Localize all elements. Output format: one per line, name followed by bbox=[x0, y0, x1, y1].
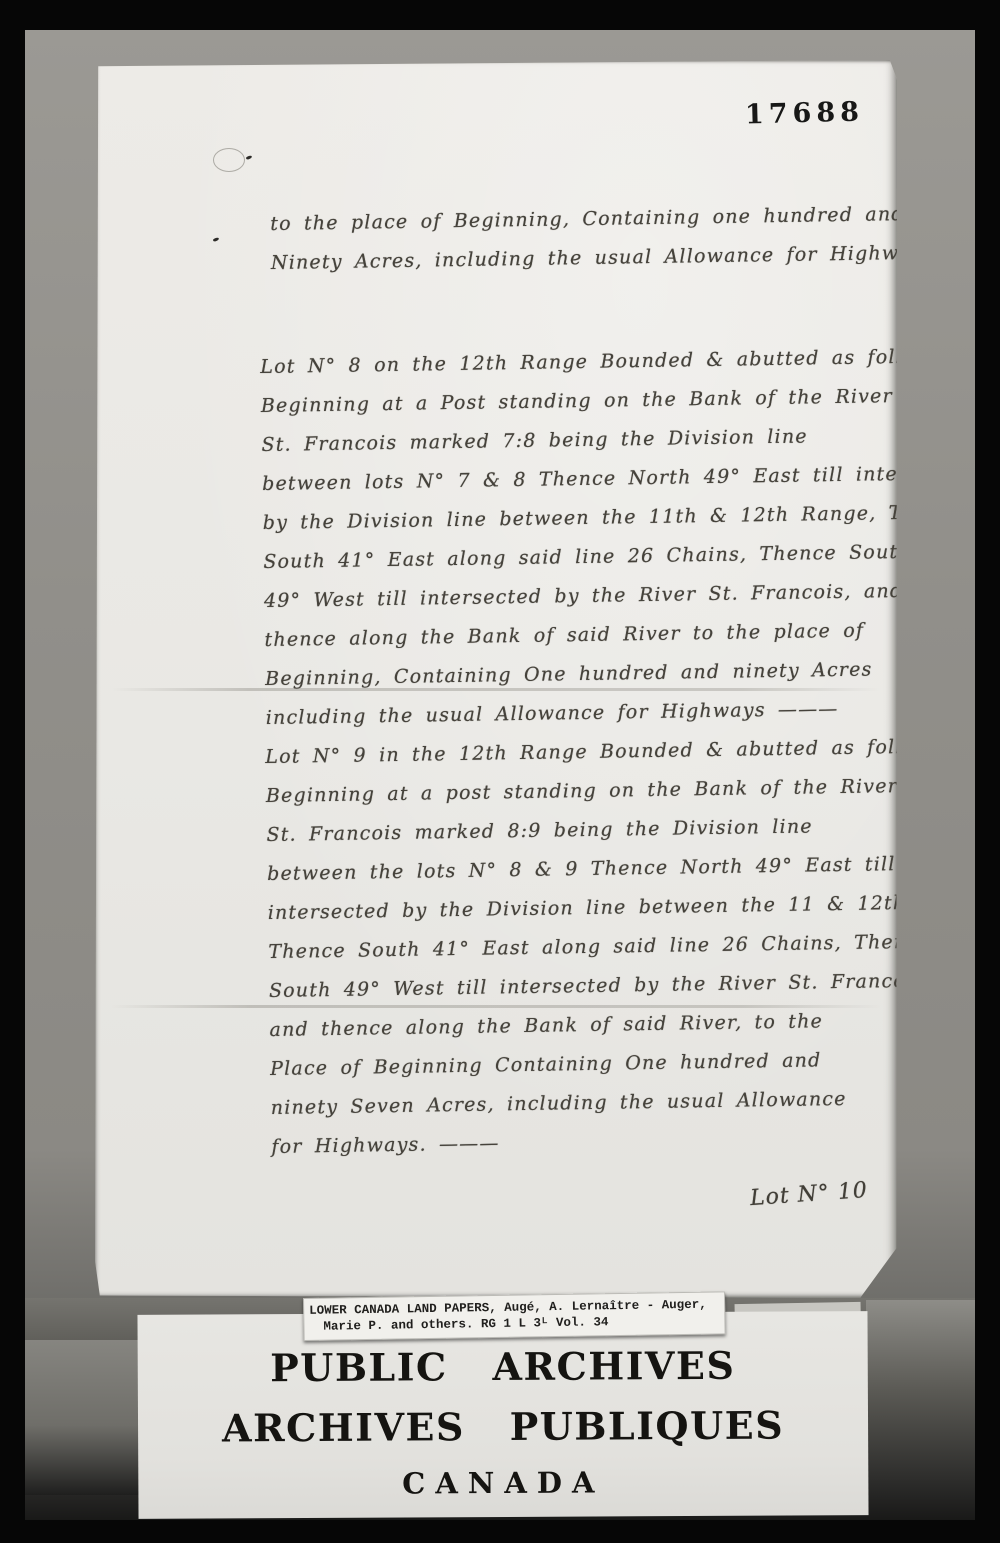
handwritten-paragraph-2: Lot N° 8 on the 12th Range Bounded & abu… bbox=[260, 337, 982, 738]
handwritten-paragraph-3: Lot N° 9 in the 12th Range Bounded & abu… bbox=[265, 727, 990, 1167]
document-page: 17688 to the place of Beginning, Contain… bbox=[95, 60, 897, 1298]
scanner-mat-patch-right bbox=[866, 1300, 975, 1500]
catalog-label: LOWER CANADA LAND PAPERS, Augé, A. Lerna… bbox=[303, 1291, 726, 1341]
pen-doodle-mark bbox=[213, 148, 245, 172]
handwritten-paragraph-1: to the place of Beginning, Containing on… bbox=[270, 195, 935, 283]
public-archives-card: PUBLIC ARCHIVES ARCHIVES PUBLIQUES CANAD… bbox=[137, 1311, 868, 1519]
ink-speck bbox=[213, 237, 220, 242]
archives-stamp-line-3: CANADA bbox=[402, 1456, 605, 1509]
archives-stamp-line-1: PUBLIC ARCHIVES bbox=[270, 1336, 735, 1398]
lot-number-annotation: Lot N° 10 bbox=[749, 1178, 868, 1211]
document-number-stamp: 17688 bbox=[745, 96, 865, 130]
scanned-archival-document: { "page": { "stamp_number": "17688", "pa… bbox=[0, 0, 1000, 1543]
archives-stamp-line-2: ARCHIVES PUBLIQUES bbox=[222, 1396, 784, 1459]
ink-speck bbox=[246, 155, 253, 160]
scanner-mat-patch-left bbox=[25, 1340, 140, 1495]
